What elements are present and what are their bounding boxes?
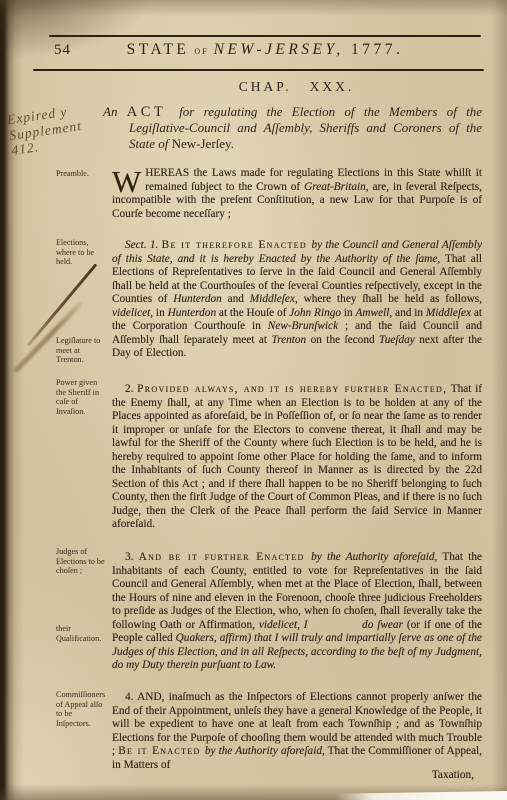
chapter-label: CHAP. xyxy=(239,79,292,94)
body-paragraph-section-3: 3. And be it further Enacted by the Auth… xyxy=(112,551,482,673)
paragraph-text: 4. AND, inaſmuch as the Inſpectors of El… xyxy=(112,691,482,771)
body-paragraph-section-2: 2. Provided always, and it is hereby fur… xyxy=(112,383,482,532)
header-rule-bottom xyxy=(33,69,484,71)
paragraph-text: 2. Provided always, and it is hereby fur… xyxy=(112,383,482,530)
paragraph-text: 3. And be it further Enacted by the Auth… xyxy=(112,551,482,671)
body-paragraph-preamble: WHEREAS the Laws made for regulating Ele… xyxy=(112,167,482,221)
catchword: Taxation, xyxy=(112,769,474,781)
body-paragraph-section-4: 4. AND, inaſmuch as the Inſpectors of El… xyxy=(112,691,482,772)
paragraph-text: HEREAS the Laws made for regulating Elec… xyxy=(112,167,482,220)
margin-note-legislature-trenton: Legiſlature to meet at Trenton. xyxy=(56,336,108,365)
margin-note-commissioners-inspectors: Commiſſioners of Appeal alſo to be Inſpe… xyxy=(56,690,108,728)
header-rule-top xyxy=(49,35,481,37)
running-head: STATE of NEW-JERSEY, 1777. xyxy=(49,41,481,59)
body-paragraph-section-1: Sect. 1. Be it therefore Enacted by the … xyxy=(112,239,482,361)
act-title: An ACT for regulating the Election of th… xyxy=(103,104,482,151)
handwritten-annotation: Expired y Supplement 412. xyxy=(6,102,85,158)
margin-note-qualification: their Qualification. xyxy=(56,624,108,643)
paragraph-text: Sect. 1. Be it therefore Enacted by the … xyxy=(112,239,482,359)
margin-note-sheriff-invasion: Power given the Sheriff in caſe of Invaſ… xyxy=(56,378,108,416)
page-right-edge xyxy=(491,0,507,800)
chapter-number: XXX. xyxy=(310,79,355,94)
margin-note-elections-where-held: Elections, where to be held. xyxy=(56,238,108,267)
scan-background-sliver xyxy=(335,791,507,800)
drop-cap: W xyxy=(112,167,145,194)
margin-note-preamble: Preamble. xyxy=(56,169,108,179)
book-page: 54 STATE of NEW-JERSEY, 1777. CHAP.XXX. … xyxy=(0,0,507,800)
ink-stroke xyxy=(27,263,97,346)
chapter-heading: CHAP.XXX. xyxy=(112,79,481,95)
margin-note-judges-chosen: Judges of Elections to be choſen ; xyxy=(56,547,108,576)
